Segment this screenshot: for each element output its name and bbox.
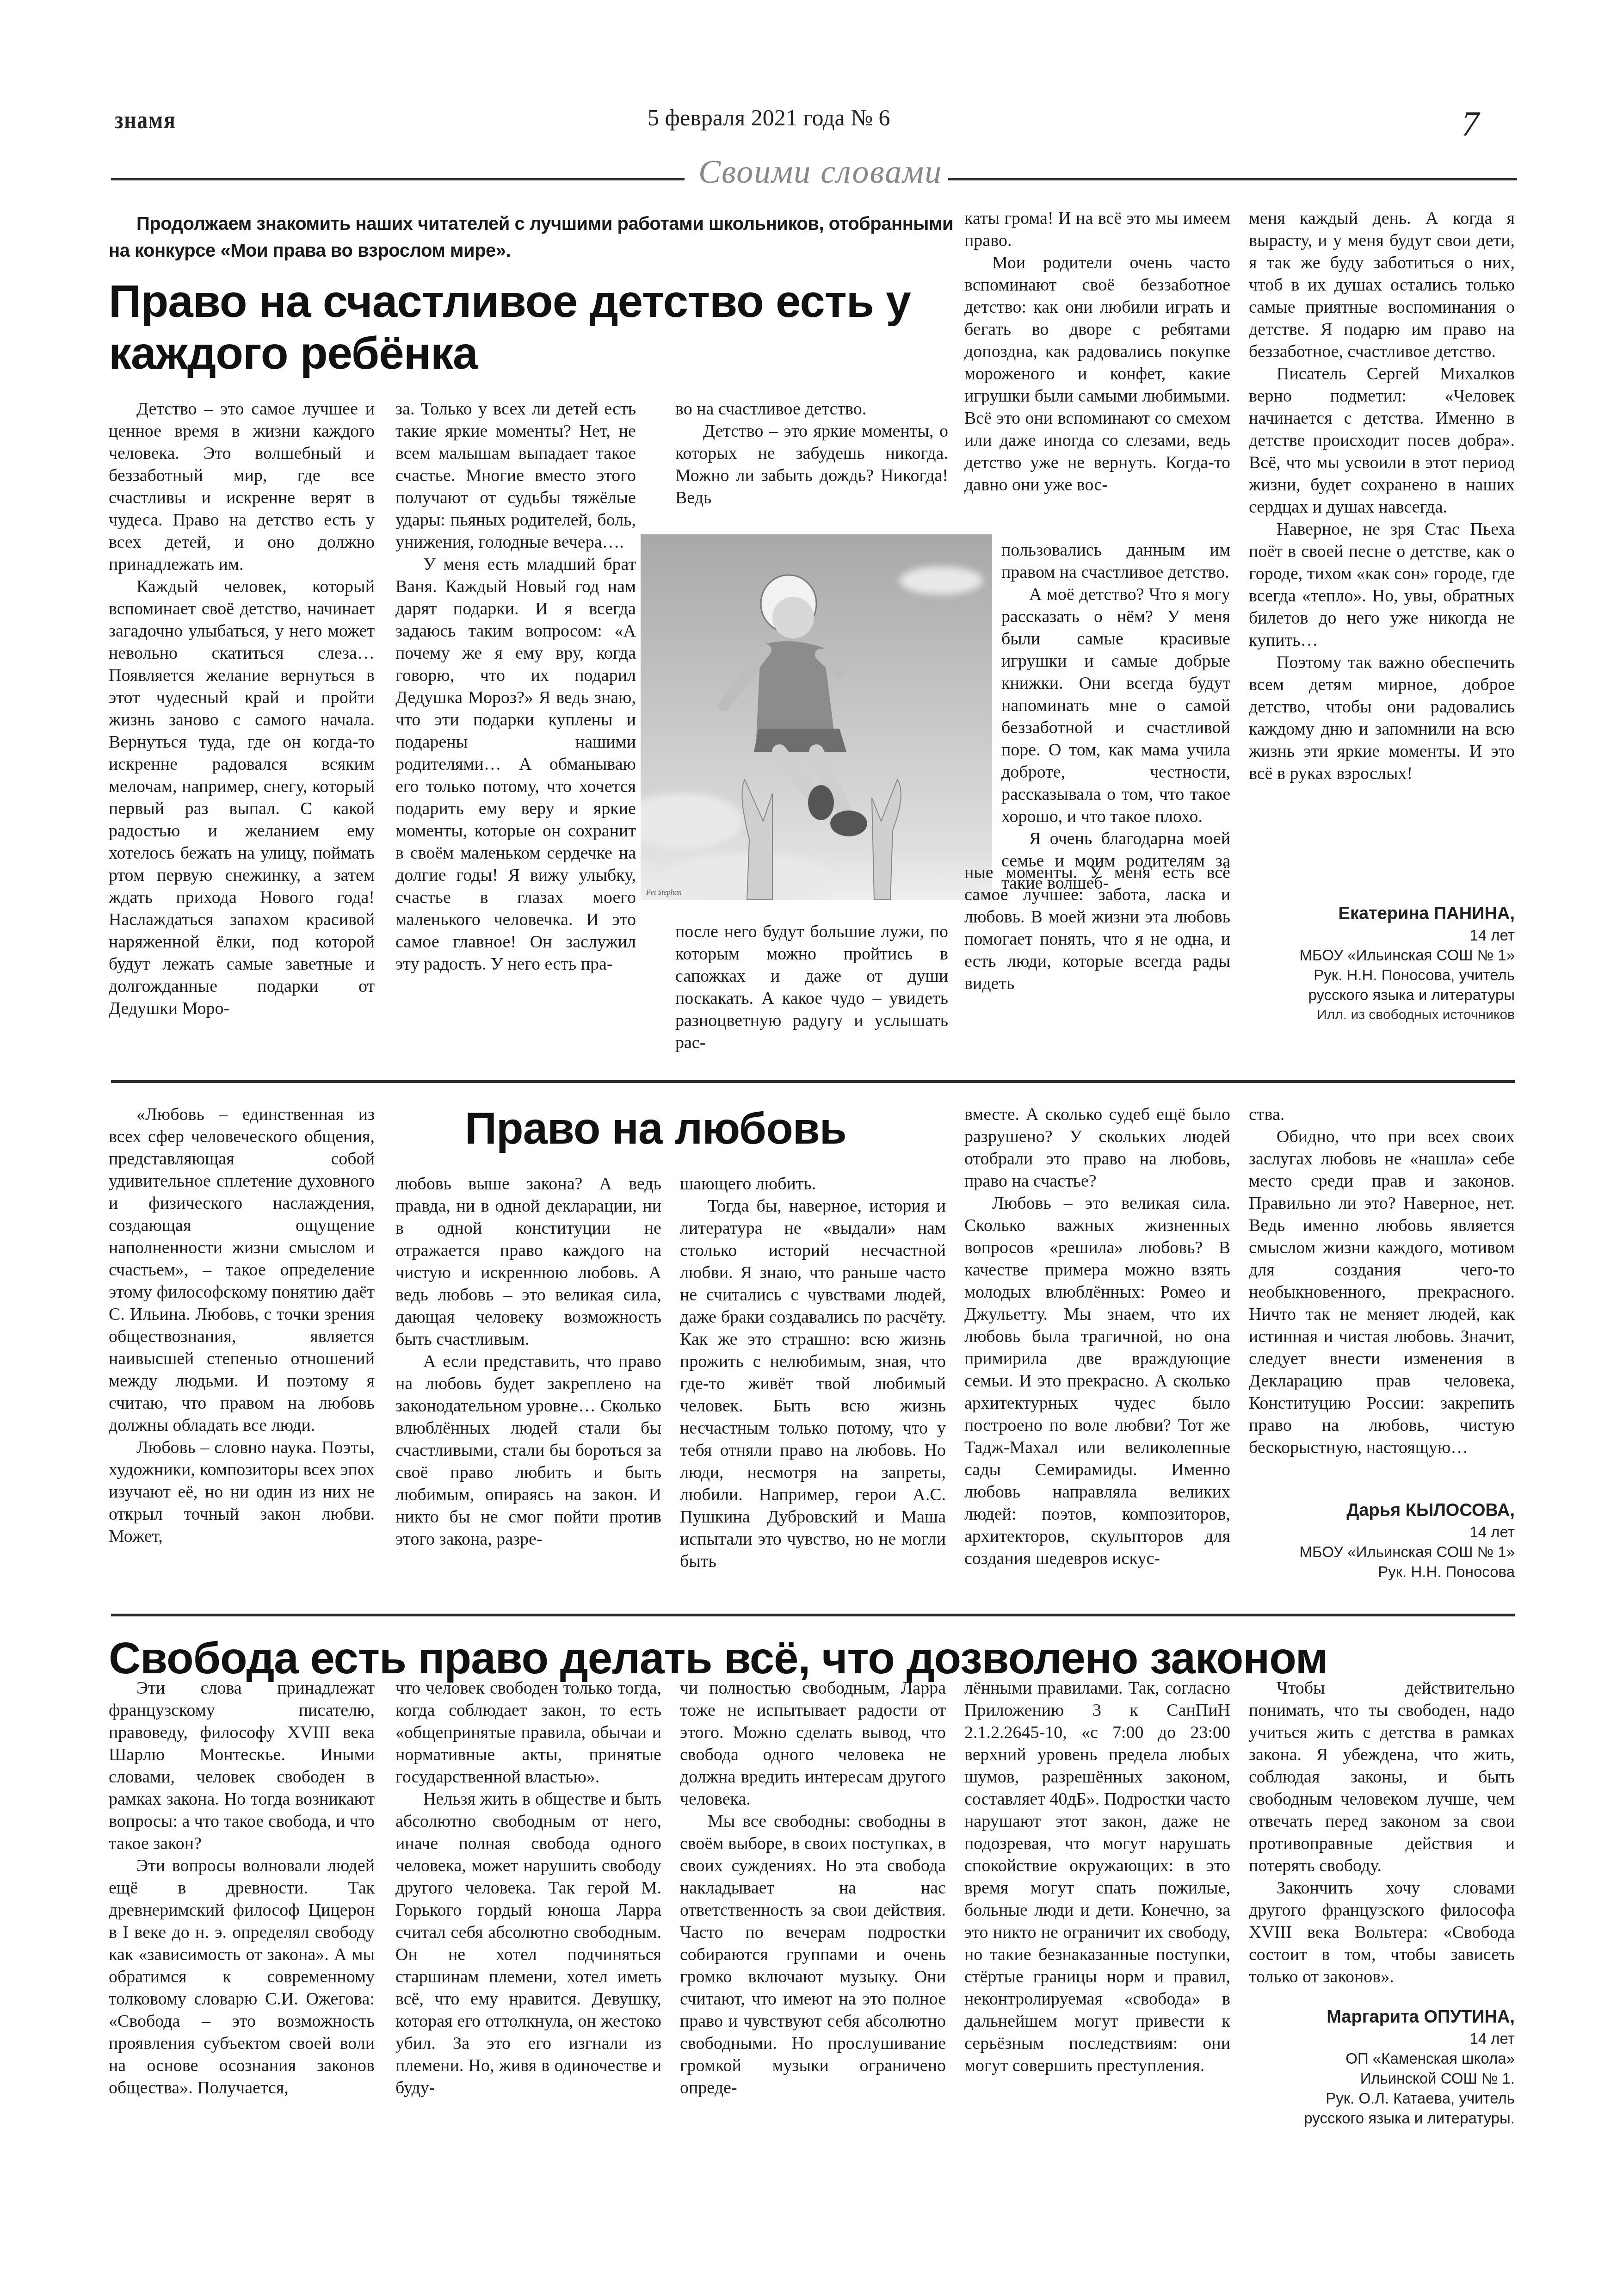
article-1-photo: Pet Stephan: [641, 534, 992, 900]
paragraph: Нельзя жить в обществе и быть абсолютно …: [395, 1788, 661, 2099]
author-school: МБОУ «Ильинская СОШ № 1»: [1249, 945, 1515, 965]
paragraph: во на счастливое детство.: [675, 398, 948, 420]
paragraph: любовь выше закона? А ведь правда, ни в …: [395, 1173, 661, 1350]
article-1-signature: Екатерина ПАНИНА, 14 лет МБОУ «Ильинская…: [1249, 902, 1515, 1025]
author-age: 14 лет: [1249, 925, 1515, 945]
paragraph: Любовь – словно наука. Поэты, художники,…: [109, 1436, 375, 1547]
article-1-column-2: за. Только у всех ли детей есть такие яр…: [395, 398, 636, 975]
author-teacher-subject: русского языка и литературы: [1249, 985, 1515, 1005]
article-1-title: Право на счастливое детство есть у каждо…: [109, 275, 941, 379]
author-teacher: Рук. Н.Н. Поносова, учитель: [1249, 965, 1515, 985]
paragraph: Закончить хочу словами другого французск…: [1249, 1877, 1515, 1988]
author-name: Дарья КЫЛОСОВА,: [1249, 1499, 1515, 1522]
article-1-column-1: Детство – это самое лучшее и ценное врем…: [109, 398, 375, 1020]
author-school: ОП «Каменская школа»: [1249, 2048, 1515, 2068]
article-2-signature: Дарья КЫЛОСОВА, 14 лет МБОУ «Ильинская С…: [1249, 1499, 1515, 1582]
paragraph: «Любовь – единственная из всех сфер чело…: [109, 1103, 375, 1436]
paragraph: чи полностью свободным, Ларра тоже не ис…: [680, 1677, 946, 1810]
article-3-column-3: чи полностью свободным, Ларра тоже не ис…: [680, 1677, 946, 2099]
paragraph: Тогда бы, наверное, история и литература…: [680, 1195, 946, 1572]
paragraph: каты грома! И на всё это мы имеем право.: [964, 207, 1230, 252]
article-1-column-3-top: во на счастливое детство. Детство – это …: [675, 398, 948, 509]
article-2-column-3: шающего любить. Тогда бы, наверное, исто…: [680, 1173, 946, 1572]
article-1-column-4-wrap: пользовались данным им правом на счастли…: [1001, 539, 1230, 894]
author-name: Екатерина ПАНИНА,: [1249, 902, 1515, 925]
issue-date: 5 февраля 2021 года № 6: [648, 104, 890, 131]
author-school: МБОУ «Ильинская СОШ № 1»: [1249, 1542, 1515, 1562]
paragraph: после него будут большие лужи, по которы…: [675, 921, 948, 1054]
article-3-column-4: лёнными правилами. Так, согласно Приложе…: [964, 1677, 1230, 2077]
article-2-column-1: «Любовь – единственная из всех сфер чело…: [109, 1103, 375, 1547]
paragraph: Детство – это самое лучшее и ценное врем…: [109, 398, 375, 576]
lead-paragraph: Продолжаем знакомить наших читателей с л…: [109, 210, 969, 264]
paragraph: Наверное, не зря Стас Пьеха поёт в своей…: [1249, 518, 1515, 651]
article-2-column-4: вместе. А сколько судеб ещё было разруше…: [964, 1103, 1230, 1570]
author-teacher: Рук. О.Л. Катаева, учитель: [1249, 2088, 1515, 2108]
paragraph: пользовались данным им правом на счастли…: [1001, 539, 1230, 583]
article-3-column-2: что человек свободен только тогда, когда…: [395, 1677, 661, 2099]
photo-credit: Pet Stephan: [646, 889, 682, 897]
rubric-line-right: [948, 178, 1517, 180]
paragraph: Мы все свободны: свободны в своём выборе…: [680, 1810, 946, 2099]
illustration-credit: Илл. из свободных источников: [1249, 1005, 1515, 1025]
paragraph: Писатель Сергей Михалков верно подметил:…: [1249, 363, 1515, 518]
article-2-title: Право на любовь: [465, 1103, 846, 1154]
section-divider-2: [111, 1614, 1515, 1616]
paragraph: Обидно, что при всех своих заслугах любо…: [1249, 1126, 1515, 1459]
paragraph: ные моменты. У меня есть всё самое лучше…: [964, 861, 1230, 995]
paragraph: меня каждый день. А когда я вырасту, и у…: [1249, 207, 1515, 363]
paragraph: А если представить, что право на любовь …: [395, 1350, 661, 1550]
paragraph: вместе. А сколько судеб ещё было разруше…: [964, 1103, 1230, 1192]
rubric-title: Своими словами: [698, 153, 942, 191]
paragraph: за. Только у всех ли детей есть такие яр…: [395, 398, 636, 553]
article-3-column-1: Эти слова принадлежат французскому писат…: [109, 1677, 375, 2099]
paragraph: Детство – это яркие моменты, о которых н…: [675, 420, 948, 509]
paragraph: Чтобы действительно понимать, что ты сво…: [1249, 1677, 1515, 1877]
paragraph: У меня есть младший брат Ваня. Каждый Но…: [395, 553, 636, 975]
author-age: 14 лет: [1249, 2029, 1515, 2048]
article-3-title: Свобода есть право делать всё, что дозво…: [109, 1633, 1519, 1684]
paragraph: ства.: [1249, 1103, 1515, 1126]
masthead-logo: знамя: [115, 105, 176, 134]
section-divider-1: [111, 1080, 1515, 1083]
paragraph: А моё детство? Что я могу рассказать о н…: [1001, 583, 1230, 828]
article-1-column-4-bottom: ные моменты. У меня есть всё самое лучше…: [964, 861, 1230, 995]
page-number: 7: [1462, 104, 1479, 144]
paragraph: что человек свободен только тогда, когда…: [395, 1677, 661, 1788]
article-2-column-2: любовь выше закона? А ведь правда, ни в …: [395, 1173, 661, 1550]
paragraph: Мои родители очень часто вспоминают своё…: [964, 252, 1230, 496]
article-1-column-5: меня каждый день. А когда я вырасту, и у…: [1249, 207, 1515, 785]
author-teacher-subject: русского языка и литературы.: [1249, 2108, 1515, 2128]
article-2-column-5: ства. Обидно, что при всех своих заслуга…: [1249, 1103, 1515, 1459]
paragraph: Эти слова принадлежат французскому писат…: [109, 1677, 375, 1855]
paragraph: Эти вопросы волновали людей ещё в древно…: [109, 1855, 375, 2099]
paragraph: Каждый человек, который вспоминает своё …: [109, 576, 375, 1020]
rubric-line-left: [111, 178, 685, 180]
article-1-column-4-top: каты грома! И на всё это мы имеем право.…: [964, 207, 1230, 496]
paragraph: Поэтому так важно обеспечить всем детям …: [1249, 651, 1515, 785]
author-school-parent: Ильинской СОШ № 1.: [1249, 2068, 1515, 2088]
author-age: 14 лет: [1249, 1522, 1515, 1542]
article-3-column-5: Чтобы действительно понимать, что ты сво…: [1249, 1677, 1515, 1988]
paragraph: лёнными правилами. Так, согласно Приложе…: [964, 1677, 1230, 2077]
article-1-column-3-bottom: после него будут большие лужи, по которы…: [675, 921, 948, 1054]
paragraph: Любовь – это великая сила. Сколько важны…: [964, 1192, 1230, 1570]
article-3-signature: Маргарита ОПУТИНА, 14 лет ОП «Каменская …: [1249, 2005, 1515, 2128]
author-teacher: Рук. Н.Н. Поносова: [1249, 1562, 1515, 1582]
paragraph: шающего любить.: [680, 1173, 946, 1195]
author-name: Маргарита ОПУТИНА,: [1249, 2005, 1515, 2029]
child-figure-icon: [641, 534, 992, 900]
